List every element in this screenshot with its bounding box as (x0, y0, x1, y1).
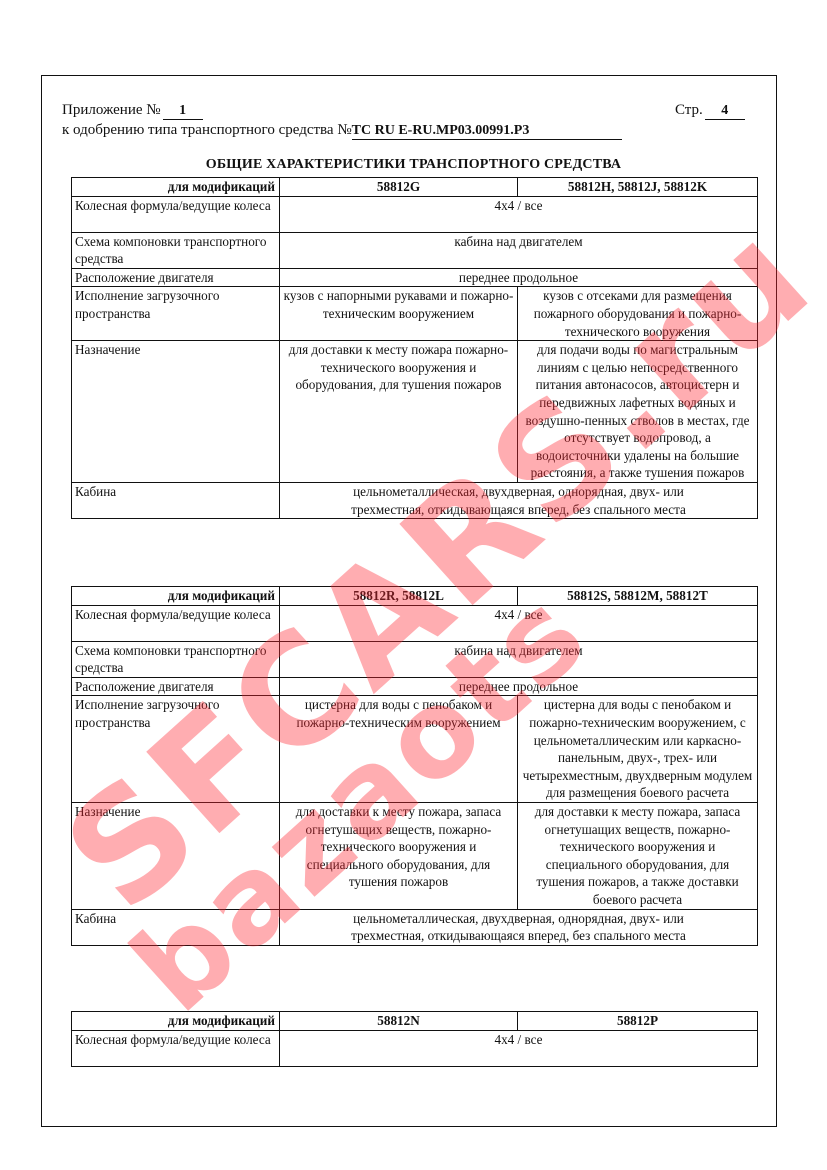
page-label: Стр. (675, 102, 703, 118)
header-label: для модификаций (72, 1012, 280, 1031)
table-header-row: для модификаций 58812N 58812P (72, 1012, 758, 1031)
annex-number: 1 (163, 103, 203, 120)
row-value-2: цистерна для воды с пенобаком и пожарно-… (518, 696, 758, 803)
header-model-1: 58812N (280, 1012, 518, 1031)
row-value: кабина над двигателем (280, 641, 758, 677)
header-label: для модификаций (72, 178, 280, 197)
table-row: Кабина цельнометаллическая, двухдверная,… (72, 482, 758, 518)
row-value: цельнометаллическая, двухдверная, одноря… (280, 482, 758, 518)
row-label: Схема компоновки транспортного средства (72, 232, 280, 268)
row-label: Расположение двигателя (72, 268, 280, 287)
table-row: Колесная формула/ведущие колеса 4x4 / вс… (72, 196, 758, 232)
table-row: Колесная формула/ведущие колеса 4x4 / вс… (72, 1030, 758, 1066)
table-row: Схема компоновки транспортного средства … (72, 641, 758, 677)
row-label: Исполнение загрузочного пространства (72, 696, 280, 803)
table-row: Назначение для доставки к месту пожара, … (72, 802, 758, 909)
table-header-row: для модификаций 58812R, 58812L 58812S, 5… (72, 587, 758, 606)
spec-table-1: для модификаций 58812G 58812H, 58812J, 5… (71, 177, 758, 519)
row-label: Назначение (72, 341, 280, 483)
row-value-1: для доставки к месту пожара, запаса огне… (280, 802, 518, 909)
table-row: Назначение для доставки к месту пожара п… (72, 341, 758, 483)
row-value-2: для доставки к месту пожара, запаса огне… (518, 802, 758, 909)
row-label: Колесная формула/ведущие колеса (72, 605, 280, 641)
row-label: Колесная формула/ведущие колеса (72, 196, 280, 232)
approval-number: ТС RU E-RU.МР03.00991.Р3 (352, 123, 622, 140)
table-row: Исполнение загрузочного пространства куз… (72, 287, 758, 341)
row-label: Расположение двигателя (72, 677, 280, 696)
page-number-line: Стр.4 (675, 102, 745, 120)
table-row: Схема компоновки транспортного средства … (72, 232, 758, 268)
row-value: цельнометаллическая, двухдверная, одноря… (280, 909, 758, 945)
document-title: ОБЩИЕ ХАРАКТЕРИСТИКИ ТРАНСПОРТНОГО СРЕДС… (71, 157, 756, 173)
row-value-2: кузов с отсеками для размещения пожарног… (518, 287, 758, 341)
row-label: Колесная формула/ведущие колеса (72, 1030, 280, 1066)
table-row: Исполнение загрузочного пространства цис… (72, 696, 758, 803)
row-value: переднее продольное (280, 677, 758, 696)
header-label: для модификаций (72, 587, 280, 606)
row-value-1: для доставки к месту пожара пожарно-техн… (280, 341, 518, 483)
approval-line: к одобрению типа транспортного средства … (62, 122, 622, 140)
header-model-2: 58812P (518, 1012, 758, 1031)
table-row: Кабина цельнометаллическая, двухдверная,… (72, 909, 758, 945)
header-model-2: 58812S, 58812M, 58812T (518, 587, 758, 606)
table-row: Расположение двигателя переднее продольн… (72, 268, 758, 287)
table-header-row: для модификаций 58812G 58812H, 58812J, 5… (72, 178, 758, 197)
row-value-1: кузов с напорными рукавами и пожарно-тех… (280, 287, 518, 341)
row-value: 4x4 / все (280, 196, 758, 232)
row-label: Кабина (72, 909, 280, 945)
header-model-1: 58812R, 58812L (280, 587, 518, 606)
row-value: переднее продольное (280, 268, 758, 287)
row-value: 4x4 / все (280, 1030, 758, 1066)
spec-table-2: для модификаций 58812R, 58812L 58812S, 5… (71, 586, 758, 946)
table-row: Колесная формула/ведущие колеса 4x4 / вс… (72, 605, 758, 641)
row-label: Назначение (72, 802, 280, 909)
approval-label: к одобрению типа транспортного средства … (62, 122, 352, 138)
annex-line: Приложение №1 (62, 102, 203, 120)
row-value: 4x4 / все (280, 605, 758, 641)
header-model-2: 58812H, 58812J, 58812K (518, 178, 758, 197)
row-label: Схема компоновки транспортного средства (72, 641, 280, 677)
row-value-2: для подачи воды по магистральным линиям … (518, 341, 758, 483)
header-model-1: 58812G (280, 178, 518, 197)
table-row: Расположение двигателя переднее продольн… (72, 677, 758, 696)
spec-table-3: для модификаций 58812N 58812P Колесная ф… (71, 1011, 758, 1067)
row-value: кабина над двигателем (280, 232, 758, 268)
row-label: Кабина (72, 482, 280, 518)
annex-label: Приложение № (62, 102, 161, 118)
row-value-1: цистерна для воды с пенобаком и пожарно-… (280, 696, 518, 803)
row-label: Исполнение загрузочного пространства (72, 287, 280, 341)
page-number: 4 (705, 103, 745, 120)
